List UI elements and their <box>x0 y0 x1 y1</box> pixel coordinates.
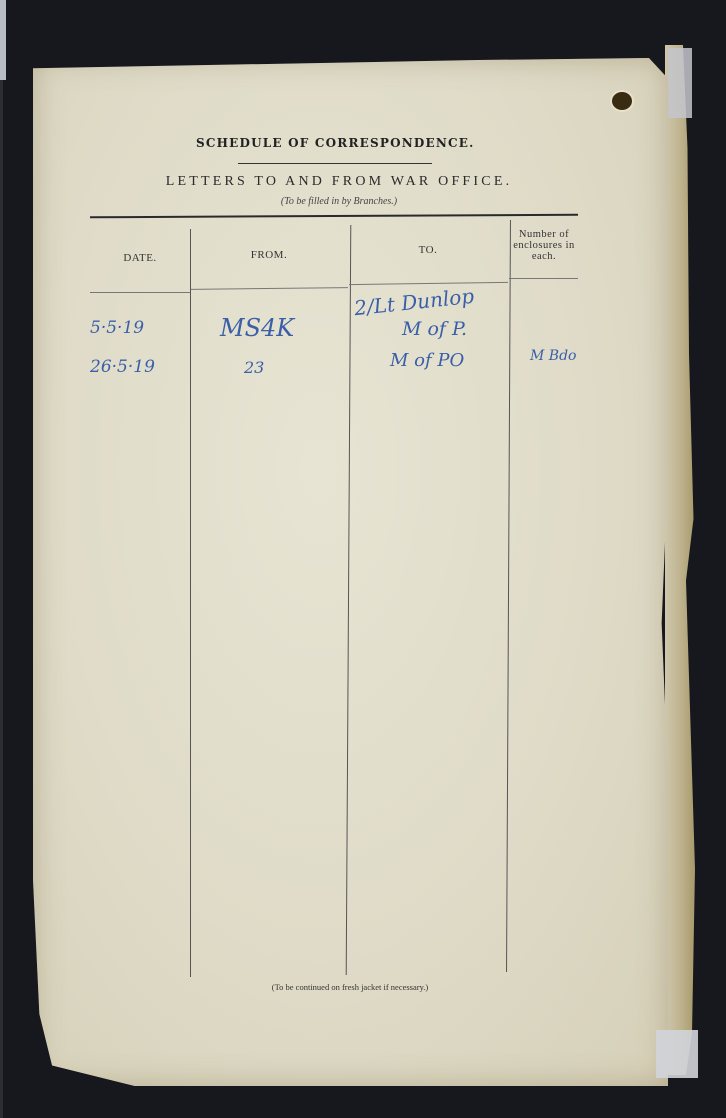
document-subtitle: LETTERS TO AND FROM WAR OFFICE. <box>124 174 554 190</box>
title-underline <box>238 163 432 164</box>
row1-date: 5·5·19 <box>90 318 144 338</box>
row1-to-line2: M of P. <box>402 318 467 340</box>
column-header-date: DATE. <box>92 252 188 264</box>
column-divider-date-from <box>190 229 191 977</box>
document-title: SCHEDULE OF CORRESPONDENCE. <box>196 136 476 150</box>
adjacent-page-edge-lower <box>0 80 3 1118</box>
adjacent-page-edge <box>0 0 6 80</box>
column-header-to: TO. <box>350 244 506 256</box>
column-header-from: FROM. <box>192 249 346 261</box>
repair-tape-top <box>668 48 692 118</box>
continuation-note: (To be continued on fresh jacket if nece… <box>200 982 500 992</box>
row1-from: MS4K <box>220 314 294 342</box>
header-rule-enclosures <box>509 278 578 279</box>
row2-enclosures: M Bdo <box>530 348 576 364</box>
row2-from: 23 <box>244 358 264 377</box>
row2-date: 26·5·19 <box>90 357 155 377</box>
punch-hole <box>612 92 632 110</box>
column-header-enclosures: Number of enclosures in each. <box>510 229 578 262</box>
repair-tape-bottom <box>656 1030 698 1078</box>
fill-instruction: (To be filled in by Branches.) <box>124 196 554 207</box>
document-page <box>33 58 668 1086</box>
torn-paper-edge <box>665 45 695 1075</box>
header-rule-date <box>90 292 190 293</box>
row2-to: M of PO <box>390 350 464 371</box>
